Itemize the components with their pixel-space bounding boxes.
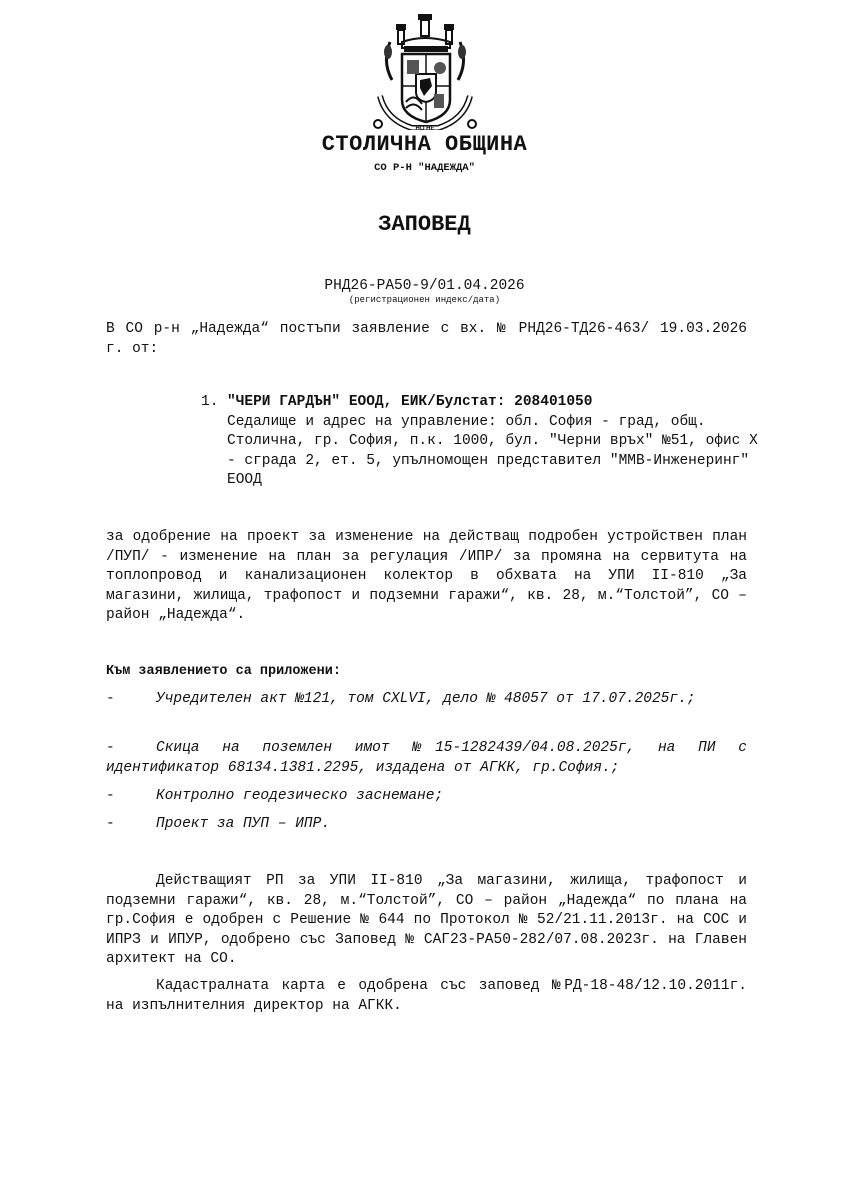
- document-title: ЗАПОВЕД: [0, 212, 849, 237]
- applicant-address: Седалище и адрес на управление: обл. Соф…: [201, 413, 761, 491]
- attachment-text: Контролно геодезическо заснемане;: [156, 788, 443, 804]
- attachment-text: Проект за ПУП – ИПР.: [156, 816, 330, 832]
- attachment-item: -Учредителен акт №121, том CXLVI, дело №…: [106, 690, 747, 710]
- list-dash: -: [106, 690, 156, 710]
- list-dash: -: [106, 739, 156, 759]
- attachment-item: -Скица на поземлен имот №15-1282439/04.0…: [106, 739, 747, 778]
- list-dash: -: [106, 815, 156, 835]
- svg-text:НО НЕ: НО НЕ: [415, 126, 434, 130]
- registration-index: РНД26-РА50-9/01.04.2026: [0, 278, 849, 294]
- attachment-item: -Проект за ПУП – ИПР.: [106, 815, 747, 835]
- coat-of-arms-icon: НО НЕ: [372, 12, 478, 130]
- applicant-item: 1."ЧЕРИ ГАРДЪН" ЕООД, ЕИК/Булстат: 20840…: [201, 393, 761, 491]
- intro-paragraph: В СО р-н „Надежда“ постъпи заявление с в…: [106, 320, 747, 359]
- list-dash: -: [106, 787, 156, 807]
- applicant-name: "ЧЕРИ ГАРДЪН" ЕООД, ЕИК/Булстат: 2084010…: [227, 394, 592, 410]
- attachment-item: -Контролно геодезическо заснемане;: [106, 787, 747, 807]
- document-page: НО НЕ СТОЛИЧНА ОБЩИНА СО Р-Н "НАДЕЖДА" З…: [0, 0, 849, 1200]
- attachment-text: Скица на поземлен имот №15-1282439/04.08…: [106, 740, 747, 776]
- attachment-text: Учредителен акт №121, том CXLVI, дело № …: [156, 691, 696, 707]
- registration-label: (регистрационен индекс/дата): [0, 295, 849, 305]
- attachments-heading: Към заявлението са приложени:: [106, 664, 341, 679]
- district-name: СО Р-Н "НАДЕЖДА": [0, 162, 849, 174]
- organization-name: СТОЛИЧНА ОБЩИНА: [0, 132, 849, 157]
- current-plan-paragraph: Действащият РП за УПИ II-810 „За магазин…: [106, 872, 747, 970]
- cadastral-paragraph: Кадастралната карта е одобрена със запов…: [106, 977, 747, 1016]
- purpose-paragraph: за одобрение на проект за изменение на д…: [106, 528, 747, 626]
- applicant-number: 1.: [201, 393, 227, 413]
